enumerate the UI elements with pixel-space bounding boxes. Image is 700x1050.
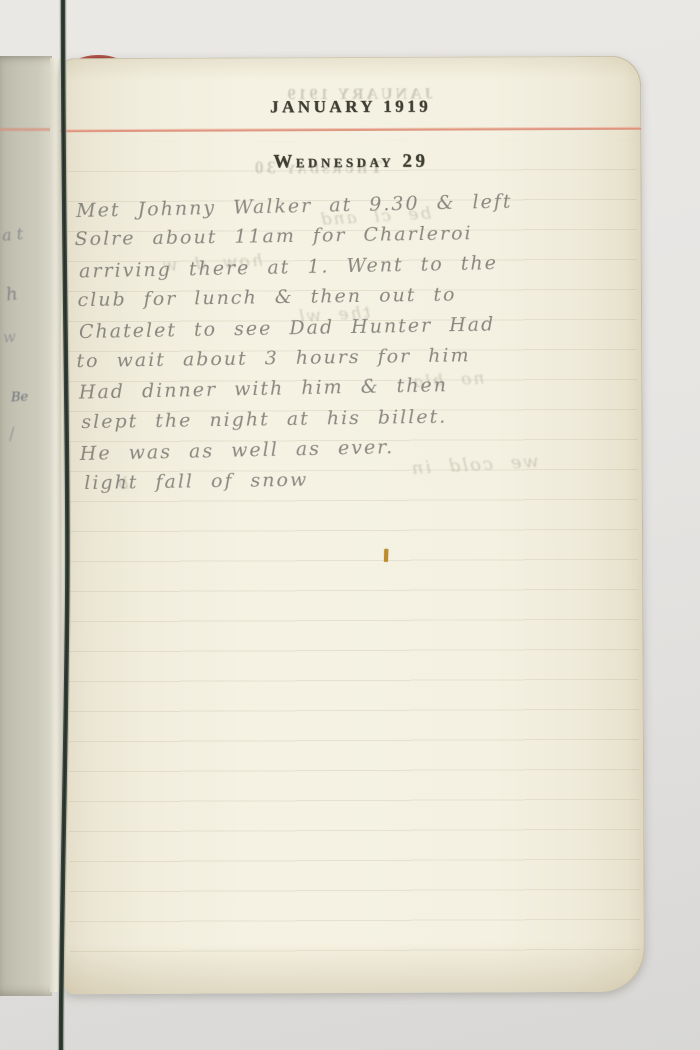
ink-tick-mark xyxy=(384,549,388,562)
left-page-ink-fragment: / xyxy=(7,424,16,444)
diary-entry: Met Johnny Walker at 9.30 & left Solre a… xyxy=(74,186,630,498)
month-year-stamp: JANUARY 1919 xyxy=(60,96,641,119)
left-page-ink-fragment: a t xyxy=(1,224,24,245)
left-page-ink-fragment: h xyxy=(5,283,19,305)
left-page-red-rule xyxy=(0,128,52,131)
day-stamp: Wednesday 29 xyxy=(60,150,641,175)
page-edge-highlight xyxy=(50,58,61,992)
red-rule-line xyxy=(60,127,641,133)
left-page-edge: a t h w Be / xyxy=(0,56,52,996)
diary-page: JANUARY 1919 JANUARY 1919 Thursday 30 We… xyxy=(60,56,645,995)
left-page-ink-fragment: w xyxy=(2,328,16,347)
left-page-ink-fragment: Be xyxy=(11,390,29,406)
